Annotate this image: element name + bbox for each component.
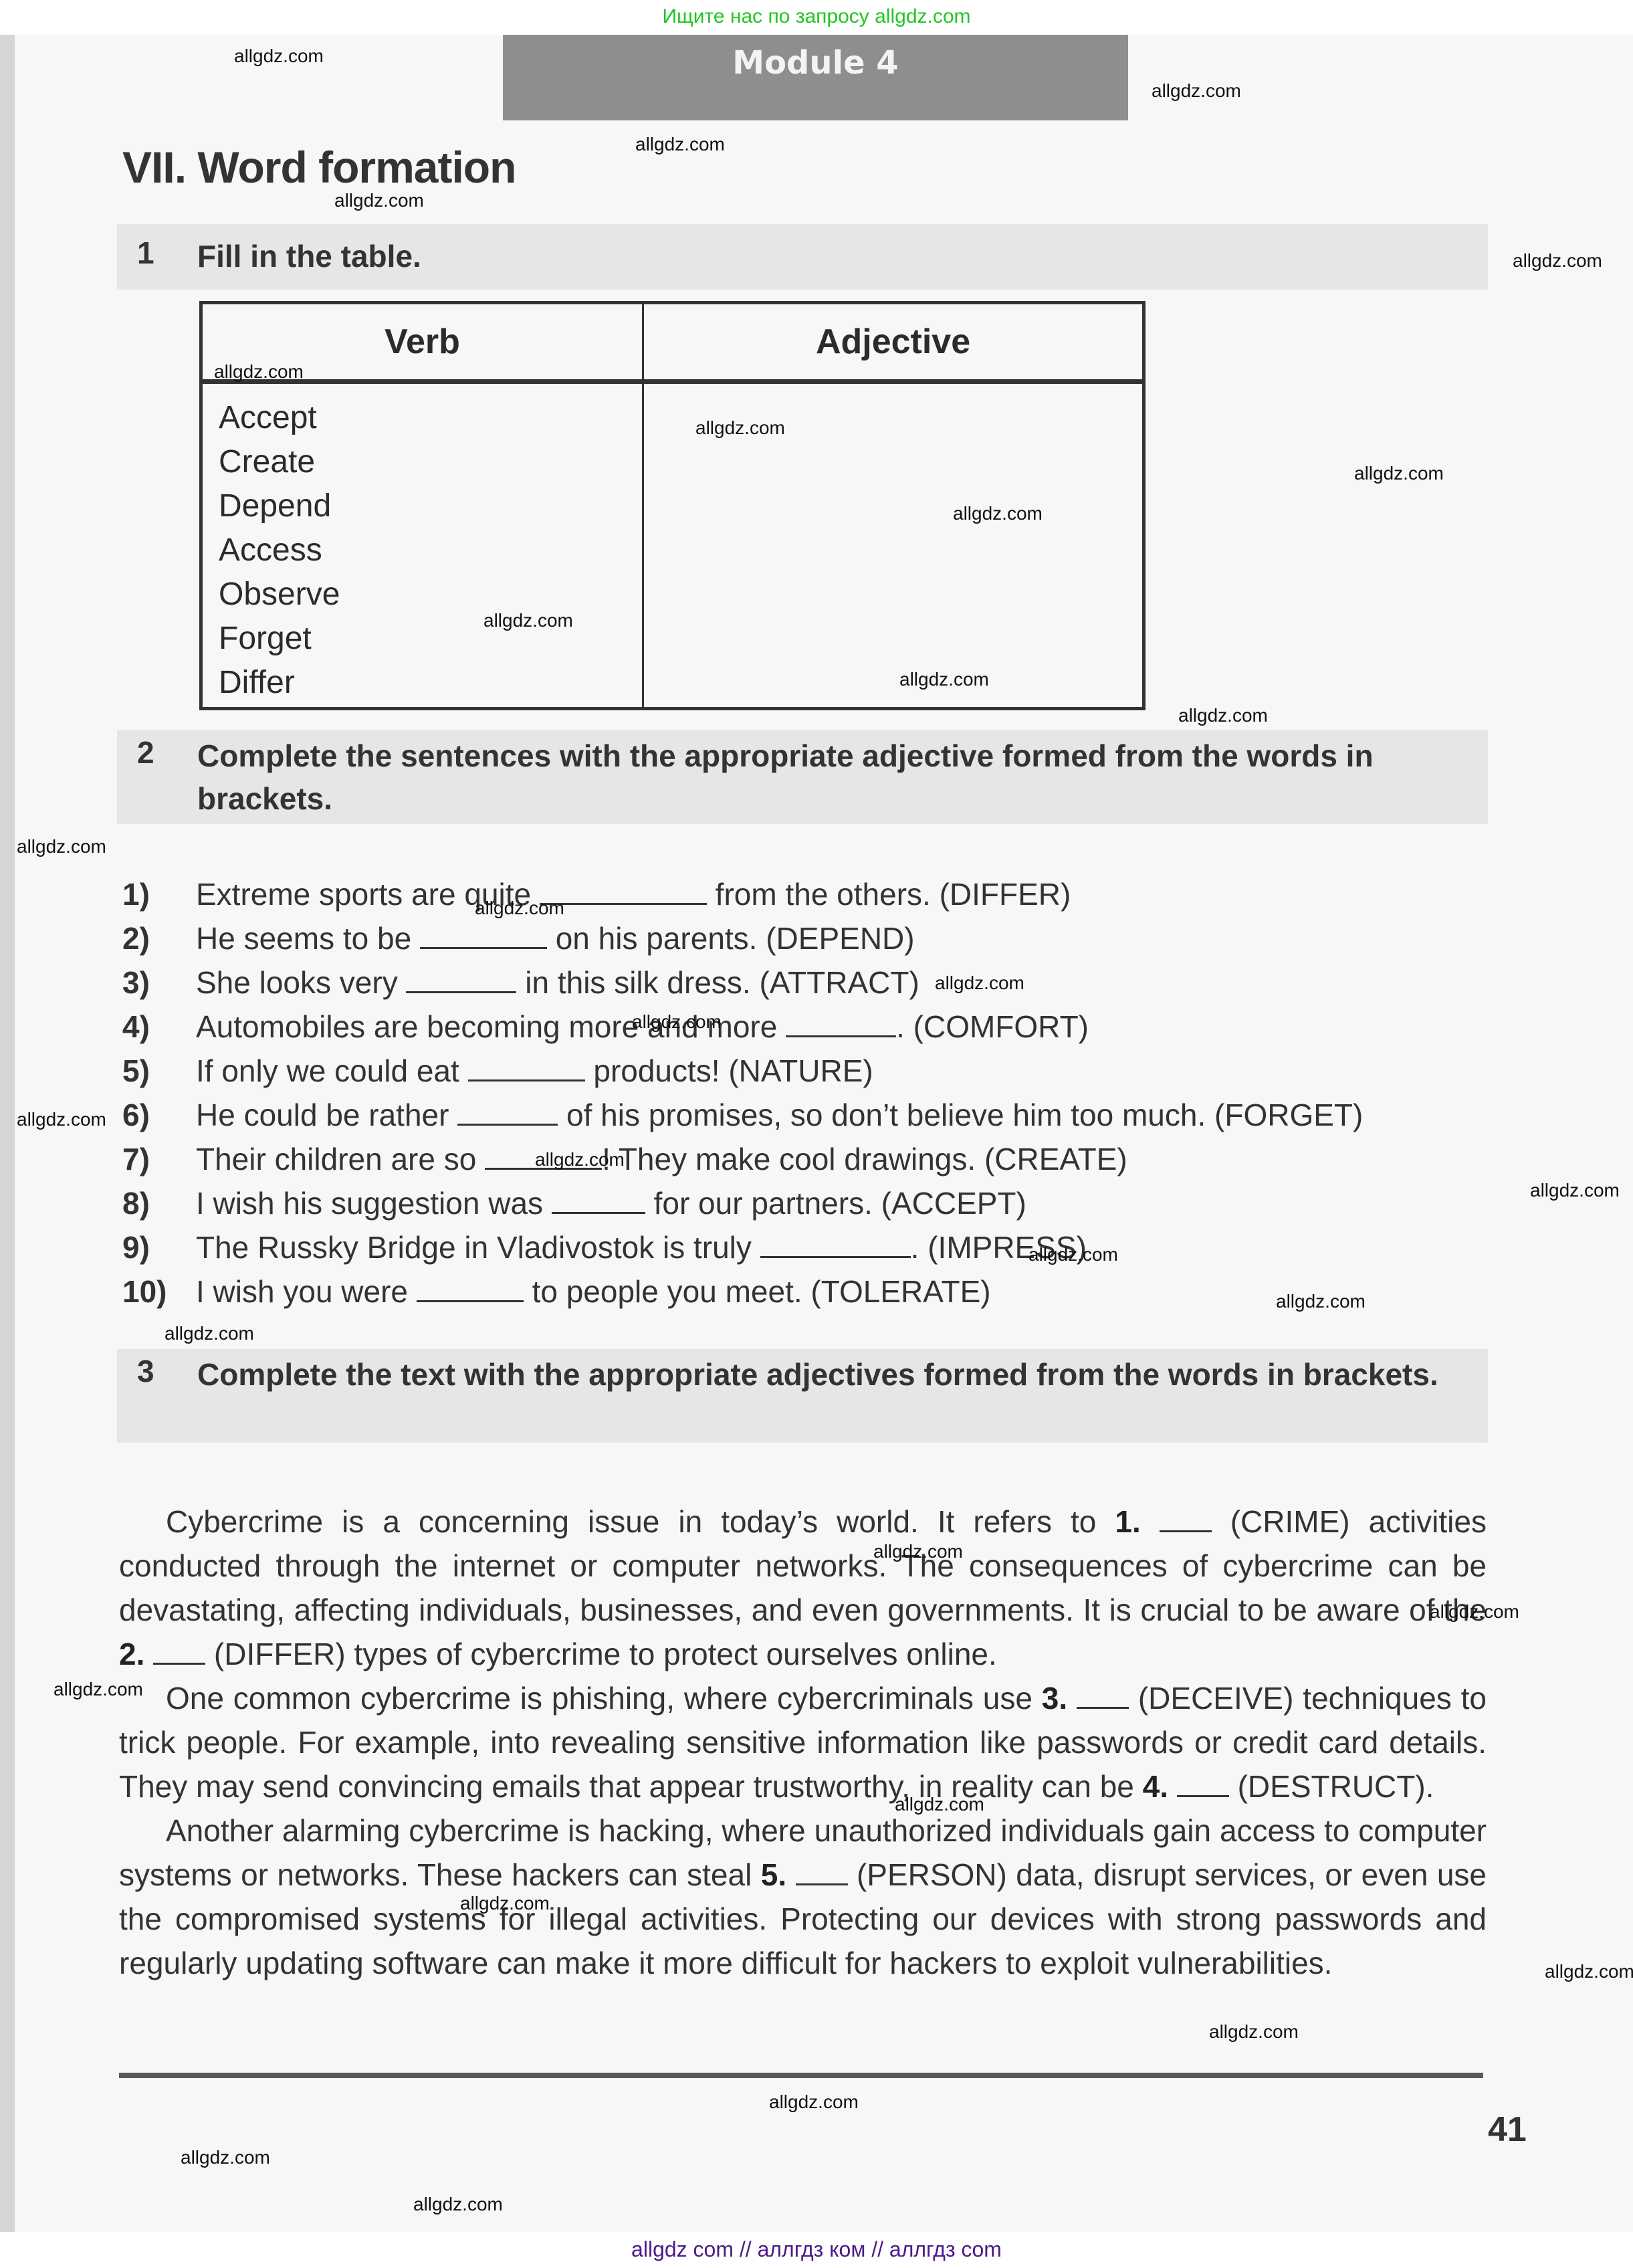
watermark: allgdz.com xyxy=(1028,1244,1118,1265)
top-watermark-banner: Ищите нас по запросу allgdz.com xyxy=(0,0,1633,35)
sentence-item: 9)The Russky Bridge in Vladivostok is tr… xyxy=(122,1225,1493,1269)
sentence-item: 8)I wish his suggestion was for our part… xyxy=(122,1181,1493,1225)
verb-cell: Observe xyxy=(219,573,642,617)
watermark: allgdz.com xyxy=(953,503,1043,524)
footer-divider xyxy=(119,2073,1483,2078)
sentence-number: 9) xyxy=(122,1225,183,1269)
watermark: allgdz.com xyxy=(53,1679,143,1700)
answer-gap[interactable] xyxy=(796,1857,848,1885)
answer-gap[interactable] xyxy=(153,1636,205,1665)
watermark: allgdz.com xyxy=(535,1149,625,1170)
watermark: allgdz.com xyxy=(895,1794,984,1815)
watermark: allgdz.com xyxy=(1178,705,1268,726)
sentence-number: 8) xyxy=(122,1181,183,1225)
text-paragraph: One common cybercrime is phishing, where… xyxy=(119,1676,1487,1809)
watermark: allgdz.com xyxy=(1354,463,1444,484)
task2-sentence-list: 1)Extreme sports are quite from the othe… xyxy=(122,872,1493,1314)
gap-number: 4. xyxy=(1143,1769,1177,1804)
answer-blank[interactable] xyxy=(457,1094,558,1126)
watermark: allgdz.com xyxy=(899,669,989,690)
task3-header: 3 Complete the text with the appropriate… xyxy=(117,1349,1488,1443)
task2-instruction: Complete the sentences with the appropri… xyxy=(197,734,1448,820)
page-binding-edge xyxy=(0,35,15,2232)
task1-number: 1 xyxy=(137,235,154,271)
watermark: allgdz.com xyxy=(460,1893,550,1914)
watermark: allgdz.com xyxy=(214,361,304,383)
sentence-text: Automobiles are becoming more and more .… xyxy=(122,1005,1493,1049)
sentence-text: If only we could eat products! (NATURE) xyxy=(122,1049,1493,1093)
answer-blank[interactable] xyxy=(540,873,707,905)
watermark: allgdz.com xyxy=(1276,1291,1366,1312)
sentence-item: 6)He could be rather of his promises, so… xyxy=(122,1093,1493,1137)
answer-blank[interactable] xyxy=(406,962,516,993)
watermark: allgdz.com xyxy=(475,898,564,919)
sentence-item: 5)If only we could eat products! (NATURE… xyxy=(122,1049,1493,1093)
sentence-text: He seems to be on his parents. (DEPEND) xyxy=(122,916,1493,960)
verb-cell: Depend xyxy=(219,484,642,528)
table-header-adjective: Adjective xyxy=(643,303,1144,382)
task3-text: Cybercrime is a concerning issue in toda… xyxy=(119,1500,1487,1985)
textbook-page: Module 4 VII. Word formation 1 Fill in t… xyxy=(0,35,1633,2232)
watermark: allgdz.com xyxy=(1430,1601,1519,1623)
task2-number: 2 xyxy=(137,734,154,770)
watermark: allgdz.com xyxy=(17,1109,106,1130)
watermark: allgdz.com xyxy=(635,134,725,155)
sentence-text: He could be rather of his promises, so d… xyxy=(122,1093,1493,1137)
gap-number: 2. xyxy=(119,1637,153,1671)
verb-cell: Forget xyxy=(219,617,642,661)
sentence-text: I wish his suggestion was for our partne… xyxy=(122,1181,1493,1225)
watermark: allgdz.com xyxy=(413,2194,503,2215)
page-number: 41 xyxy=(1488,2109,1527,2150)
answer-gap[interactable] xyxy=(1160,1504,1212,1532)
answer-blank[interactable] xyxy=(420,918,547,949)
sentence-text: Their children are so ! They make cool d… xyxy=(122,1137,1493,1181)
text-paragraph: Cybercrime is a concerning issue in toda… xyxy=(119,1500,1487,1676)
sentence-number: 3) xyxy=(122,960,183,1005)
sentence-number: 7) xyxy=(122,1137,183,1181)
answer-gap[interactable] xyxy=(1077,1680,1129,1709)
watermark: allgdz.com xyxy=(181,2147,270,2168)
verb-column: AcceptCreateDependAccessObserveForgetDif… xyxy=(201,382,643,709)
watermark: allgdz.com xyxy=(1209,2021,1299,2043)
task2-header: 2 Complete the sentences with the approp… xyxy=(117,730,1488,824)
answer-gap[interactable] xyxy=(1177,1768,1229,1797)
watermark: allgdz.com xyxy=(1545,1961,1633,1982)
watermark: allgdz.com xyxy=(1152,80,1241,102)
sentence-number: 6) xyxy=(122,1093,183,1137)
watermark: allgdz.com xyxy=(165,1323,254,1344)
watermark: allgdz.com xyxy=(234,45,324,67)
sentence-text: The Russky Bridge in Vladivostok is trul… xyxy=(122,1225,1493,1269)
watermark: allgdz.com xyxy=(873,1541,963,1562)
sentence-number: 1) xyxy=(122,872,183,916)
sentence-text: She looks very in this silk dress. (ATTR… xyxy=(122,960,1493,1005)
sentence-item: 4)Automobiles are becoming more and more… xyxy=(122,1005,1493,1049)
gap-number: 3. xyxy=(1042,1681,1077,1716)
sentence-number: 10) xyxy=(122,1269,183,1314)
answer-blank[interactable] xyxy=(760,1227,911,1258)
task3-number: 3 xyxy=(137,1353,154,1389)
sentence-item: 3)She looks very in this silk dress. (AT… xyxy=(122,960,1493,1005)
sentence-item: 7)Their children are so ! They make cool… xyxy=(122,1137,1493,1181)
verb-cell: Create xyxy=(219,440,642,484)
section-title: VII. Word formation xyxy=(122,142,516,193)
sentence-number: 2) xyxy=(122,916,183,960)
sentence-item: 1)Extreme sports are quite from the othe… xyxy=(122,872,1493,916)
watermark: allgdz.com xyxy=(1513,250,1602,272)
watermark: allgdz.com xyxy=(935,972,1024,994)
answer-blank[interactable] xyxy=(552,1182,645,1214)
watermark: allgdz.com xyxy=(1530,1180,1620,1201)
sentence-number: 4) xyxy=(122,1005,183,1049)
watermark: allgdz.com xyxy=(334,190,424,211)
watermark: allgdz.com xyxy=(769,2091,859,2113)
task3-instruction: Complete the text with the appropriate a… xyxy=(197,1353,1448,1396)
watermark: allgdz.com xyxy=(695,417,785,439)
verb-cell: Differ xyxy=(219,661,642,705)
answer-blank[interactable] xyxy=(786,1006,896,1037)
text-paragraph: Another alarming cybercrime is hacking, … xyxy=(119,1809,1487,1985)
answer-blank[interactable] xyxy=(468,1050,585,1081)
bottom-watermark-banner: allgdz com // аллгдз ком // аллгдз com xyxy=(0,2233,1633,2268)
verb-cell: Access xyxy=(219,528,642,573)
watermark: allgdz.com xyxy=(632,1011,722,1033)
answer-blank[interactable] xyxy=(417,1271,524,1302)
gap-number: 1. xyxy=(1115,1504,1159,1539)
sentence-item: 2)He seems to be on his parents. (DEPEND… xyxy=(122,916,1493,960)
verb-cell: Accept xyxy=(219,396,642,440)
sentence-number: 5) xyxy=(122,1049,183,1093)
watermark: allgdz.com xyxy=(483,610,573,631)
gap-number: 5. xyxy=(761,1857,796,1892)
task1-instruction: Fill in the table. xyxy=(197,235,1448,278)
task1-header: 1 Fill in the table. xyxy=(117,224,1488,290)
module-label: Module 4 xyxy=(503,35,1128,120)
watermark: allgdz.com xyxy=(17,836,106,857)
sentence-text: Extreme sports are quite from the others… xyxy=(122,872,1493,916)
